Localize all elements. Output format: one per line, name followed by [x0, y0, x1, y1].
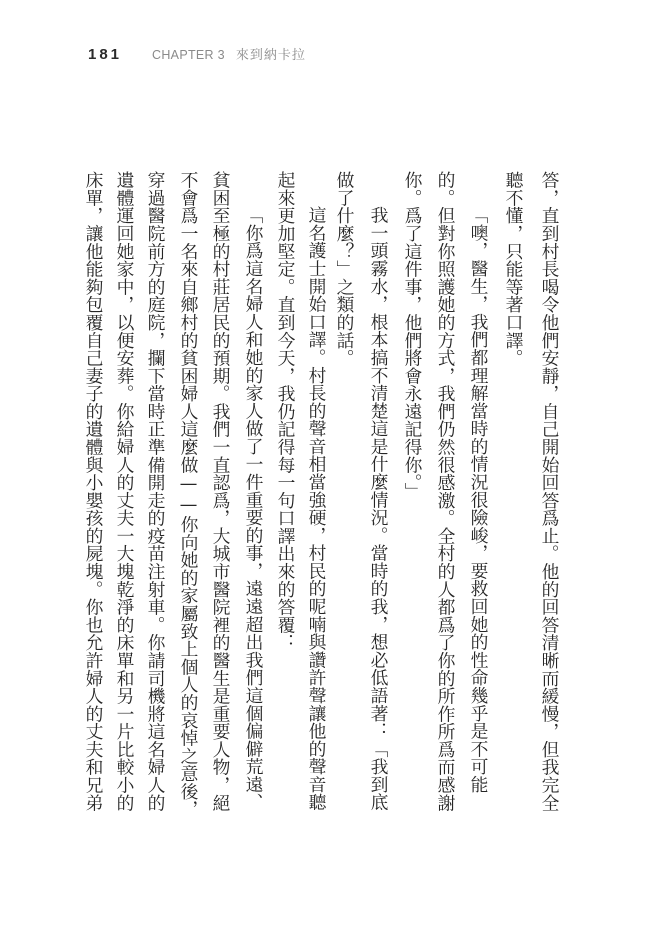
- text-column: 穿過醫院前方的庭院，攔下當時正準備開走的疫苗注射車。你請司機將這名婦人的: [143, 171, 167, 811]
- text-column: 遺體運回她家中，以便安葬。你給婦人的丈夫一大塊乾淨的床單和另一片比較小的: [112, 171, 136, 811]
- text-column: 不會爲一名來自鄉村的貧困婦人這麼做——你向她的家屬致上個人的哀悼之意後，: [176, 171, 200, 818]
- text-column: 做了什麼？」之類的話。: [332, 171, 356, 367]
- text-column: 床單，讓他能夠包覆自己妻子的遺體與小嬰孩的屍塊。你也允許婦人的丈夫和兄弟: [81, 171, 105, 811]
- text-column: 貧困至極的村莊居民的預期。我們一直認爲，大城市醫院裡的醫生是重要人物，絕: [208, 171, 232, 811]
- vertical-body-text: 答，直到村長喝令他們安靜，自己開始回答爲止。他的回答清晰而緩慢，但我完全 聽不懂…: [0, 0, 663, 932]
- text-column: 答，直到村長喝令他們安靜，自己開始回答爲止。他的回答清晰而緩慢，但我完全: [537, 171, 561, 811]
- text-column: 的。但對你照護她的方式，我們仍然很感激。全村的人都爲了你的所作所爲而感謝: [433, 171, 457, 811]
- text-column: 起來更加堅定。直到今天，我仍記得每一句口譯出來的答覆：: [273, 171, 297, 651]
- text-column: 你。爲了這件事，他們將會永遠記得你。」: [400, 171, 424, 500]
- text-column: 我一頭霧水，根本搞不清楚這是什麼情況。當時的我，想必低語著：「我到底: [366, 206, 390, 811]
- text-column: 這名護士開始口譯。村長的聲音相當強硬，村民的呢喃與讚許聲讓他的聲音聽: [304, 206, 328, 811]
- text-column: 「噢，醫生，我們都理解當時的情況很險峻，要救回她的性命幾乎是不可能: [466, 206, 490, 793]
- text-column: 聽不懂，只能等著口譯。: [501, 171, 525, 367]
- text-column: 「你爲這名婦人和她的家人做了一件重要的事，遠遠超出我們這個偏僻荒遠、: [241, 206, 265, 811]
